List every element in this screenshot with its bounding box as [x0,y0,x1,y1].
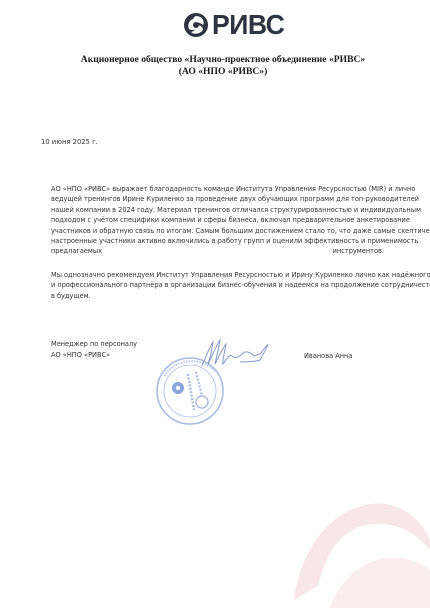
body-paragraph-1: АО «НПО «РИВС» выражает благодарность ко… [51,184,384,257]
signatory-position: Менеджер по персоналу [51,339,137,350]
text-line: участников и обратную связь по итогам. С… [51,226,384,236]
text-line: Мы однозначно рекомендуем Институт Управ… [51,270,384,280]
handwritten-signature-icon [202,340,268,366]
organization-header: Акционерное общество «Научно-проектное о… [0,54,430,78]
text-line: и профессионального партнёра в организац… [51,280,384,290]
letter-page: РИВС Акционерное общество «Научно-проект… [0,0,430,608]
org-short-name: (АО «НПО «РИВС») [0,66,430,78]
text-line: подходом с учётом специфики компании и с… [51,215,384,225]
logo-text: РИВС [212,11,284,39]
text-line: АО «НПО «РИВС» выражает благодарность ко… [51,184,384,194]
watermark-swoosh-icon [290,490,430,608]
letter-date: 10 июня 2025 г. [41,138,98,146]
signatory-block: Менеджер по персоналу АО «НПО «РИВС» [51,339,137,361]
company-logo: РИВС [183,11,288,39]
text-line: ведущей тренингов Ирине Куриленко за про… [51,194,384,204]
signatory-organization: АО «НПО «РИВС» [51,350,137,361]
text-line: нашей компании в 2024 году. Материал тре… [51,205,384,215]
signer-name: Иванова Анна [304,352,352,360]
rivs-swirl-icon [183,12,209,38]
body-paragraph-2: Мы однозначно рекомендуем Институт Управ… [51,270,384,301]
text-line: в будущем. [51,291,384,301]
company-stamp-icon [150,336,270,426]
org-full-name: Акционерное общество «Научно-проектное о… [0,54,430,66]
text-line: настроенные участники активно включились… [51,236,384,246]
